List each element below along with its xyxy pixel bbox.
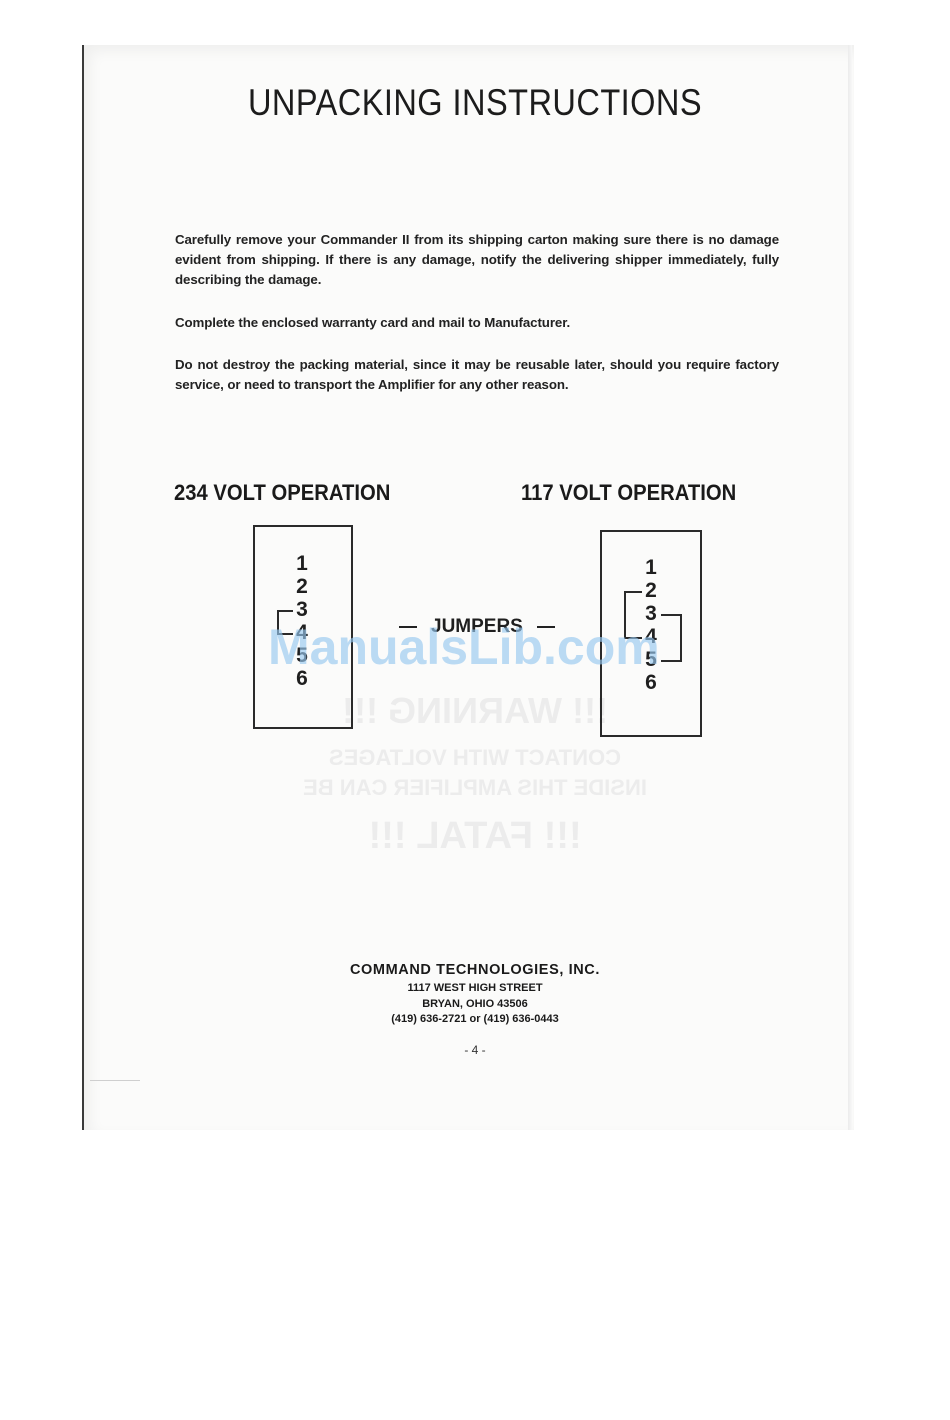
paragraph-warranty-card: Complete the enclosed warranty card and …	[175, 313, 779, 333]
jumper-117v-3-5-top	[661, 614, 680, 616]
jumper-234v-3-4-bottom	[277, 633, 293, 635]
pin-left-2: 2	[287, 575, 317, 599]
pin-right-6: 6	[636, 671, 666, 695]
dash-left	[399, 626, 417, 628]
jumper-117v-3-5-bottom	[661, 660, 680, 662]
pin-right-1: 1	[636, 556, 666, 580]
company-phone: (419) 636-2721 or (419) 636-0443	[0, 1013, 950, 1025]
page-title: UNPACKING INSTRUCTIONS	[57, 82, 893, 124]
paragraph-inspect-damage: Carefully remove your Commander II from …	[175, 230, 779, 290]
pin-left-1: 1	[287, 552, 317, 576]
heading-117-volt: 117 VOLT OPERATION	[521, 480, 736, 506]
pin-left-5: 5	[287, 644, 317, 668]
jumper-117v-2-4-bottom	[624, 637, 642, 639]
company-address: 1117 WEST HIGH STREET	[0, 982, 950, 994]
jumper-117v-2-4-vertical	[624, 591, 626, 637]
company-name: COMMAND TECHNOLOGIES, INC.	[0, 962, 950, 978]
pin-left-6: 6	[287, 667, 317, 691]
jumper-117v-3-5-vertical	[680, 614, 682, 662]
jumper-234v-3-4-vertical	[277, 610, 279, 633]
jumper-117v-2-4-top	[624, 591, 642, 593]
margin-mark	[90, 1080, 140, 1081]
jumpers-text: JUMPERS	[431, 616, 523, 637]
page-number: - 4 -	[0, 1043, 950, 1057]
heading-234-volt: 234 VOLT OPERATION	[174, 480, 390, 506]
company-city: BRYAN, OHIO 43506	[0, 998, 950, 1010]
jumper-234v-3-4-top	[277, 610, 293, 612]
paragraph-packing-material: Do not destroy the packing material, sin…	[175, 355, 779, 395]
jumpers-label: JUMPERS	[385, 616, 569, 638]
dash-right	[537, 626, 555, 628]
